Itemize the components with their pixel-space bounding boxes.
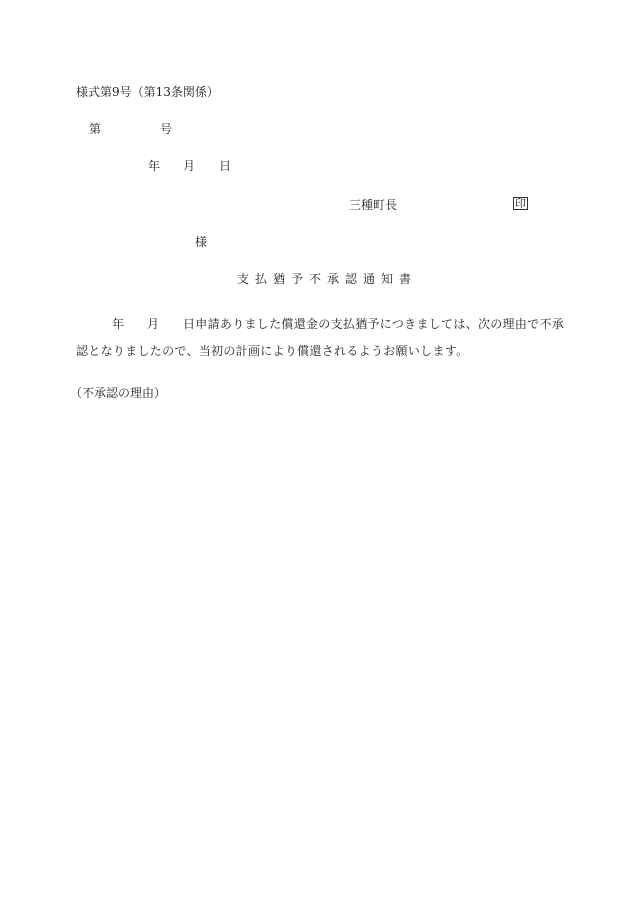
body-month: 月 <box>147 318 159 330</box>
form-label: 様式第9号（第13条関係） <box>76 86 219 98</box>
body-line-2: 認となりましたので、当初の計画により償還されるようお願いします。 <box>76 345 468 357</box>
document-title: 支払猶予不承認通知書 <box>237 273 417 285</box>
date-year: 年 <box>148 160 160 172</box>
body-year: 年 <box>112 318 124 330</box>
date-month: 月 <box>183 160 195 172</box>
number-prefix: 第 <box>89 123 101 135</box>
addressee-suffix: 様 <box>195 236 207 248</box>
date-day: 日 <box>219 160 231 172</box>
reason-label: （不承認の理由） <box>70 387 166 399</box>
number-suffix: 号 <box>160 123 172 135</box>
issuer-name: 三種町長 <box>349 199 397 211</box>
seal-mark: 印 <box>513 197 528 210</box>
body-line-1: 日申請ありました償還金の支払猶予につきましては、次の理由で不承 <box>183 318 564 330</box>
